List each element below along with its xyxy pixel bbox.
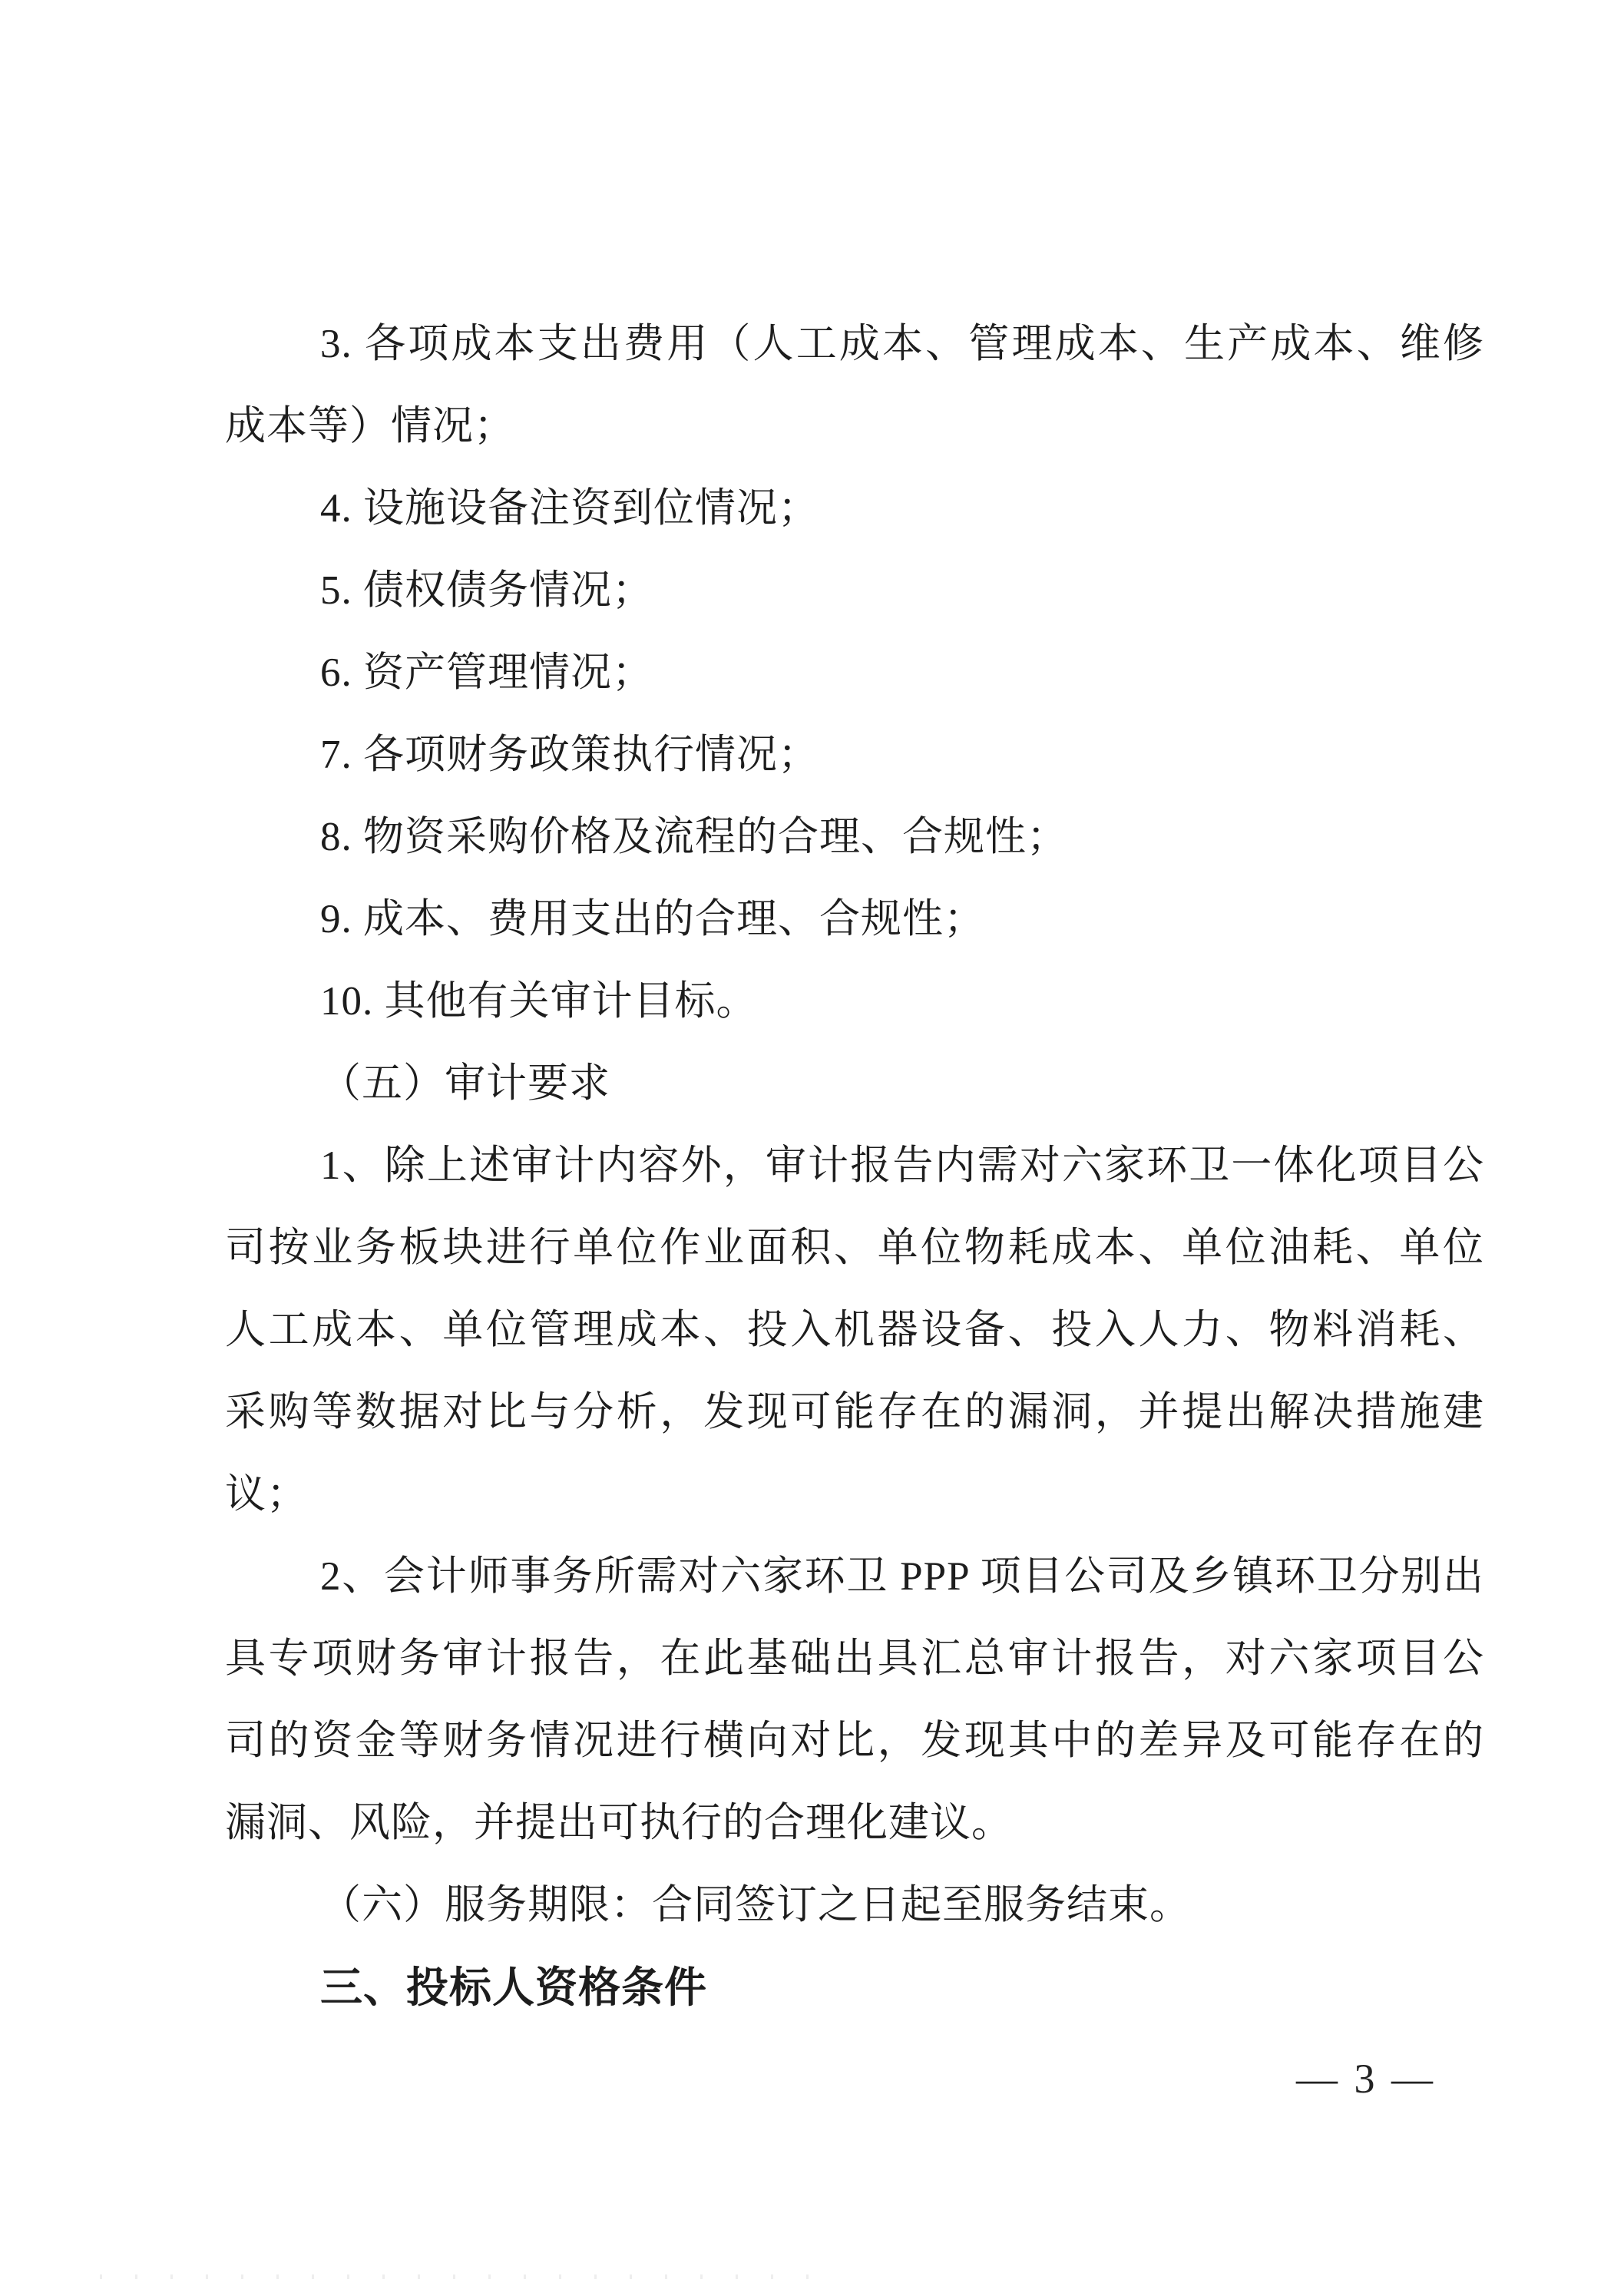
- section-3-heading: 三、投标人资格条件: [225, 1947, 1484, 2029]
- para-2-line-2: 具专项财务审计报告，在此基础出具汇总审计报告，对六家项目公: [225, 1618, 1484, 1700]
- para-1-line-2: 司按业务板块进行单位作业面积、单位物耗成本、单位油耗、单位: [225, 1207, 1484, 1289]
- para-1-line-3: 人工成本、单位管理成本、投入机器设备、投入人力、物料消耗、: [225, 1289, 1484, 1371]
- page-number: — 3 —: [1296, 2055, 1436, 2102]
- para-2-line-4: 漏洞、风险，并提出可执行的合理化建议。: [225, 1782, 1484, 1864]
- document-body: 3. 各项成本支出费用（人工成本、管理成本、生产成本、维修 成本等）情况； 4.…: [225, 303, 1484, 2029]
- list-item-3-line-2: 成本等）情况；: [225, 385, 1484, 468]
- list-item-10: 10. 其他有关审计目标。: [225, 961, 1484, 1043]
- para-2-line-1: 2、会计师事务所需对六家环卫 PPP 项目公司及乡镇环卫分别出: [225, 1536, 1484, 1618]
- list-item-7: 7. 各项财务政策执行情况；: [225, 714, 1484, 796]
- para-1-line-5: 议；: [225, 1454, 1484, 1536]
- list-item-3-line-1: 3. 各项成本支出费用（人工成本、管理成本、生产成本、维修: [225, 303, 1484, 385]
- list-item-9: 9. 成本、费用支出的合理、合规性；: [225, 878, 1484, 961]
- para-1-line-1: 1、除上述审计内容外，审计报告内需对六家环卫一体化项目公: [225, 1125, 1484, 1207]
- scan-artifact: [100, 2274, 837, 2279]
- para-2-line-3: 司的资金等财务情况进行横向对比，发现其中的差异及可能存在的: [225, 1700, 1484, 1782]
- subsection-heading-6: （六）服务期限：合同签订之日起至服务结束。: [225, 1864, 1484, 1947]
- para-1-line-4: 采购等数据对比与分析，发现可能存在的漏洞，并提出解决措施建: [225, 1371, 1484, 1454]
- document-page: 3. 各项成本支出费用（人工成本、管理成本、生产成本、维修 成本等）情况； 4.…: [0, 0, 1624, 2296]
- list-item-5: 5. 债权债务情况；: [225, 550, 1484, 632]
- subsection-heading-5: （五）审计要求: [225, 1043, 1484, 1125]
- list-item-6: 6. 资产管理情况；: [225, 632, 1484, 714]
- list-item-4: 4. 设施设备注资到位情况；: [225, 468, 1484, 550]
- list-item-8: 8. 物资采购价格及流程的合理、合规性；: [225, 796, 1484, 878]
